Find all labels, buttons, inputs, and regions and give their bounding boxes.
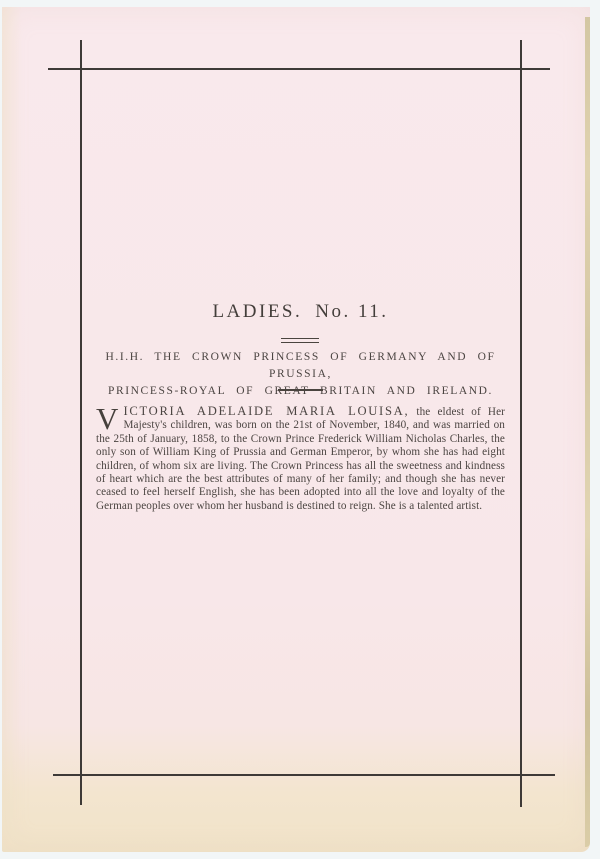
frame-line-bottom: [53, 774, 555, 776]
paper-deckle-edge: [585, 17, 590, 847]
page-title: LADIES.No. 11.: [80, 302, 521, 322]
paragraph-lead-caps: ICTORIA ADELAIDE MARIA LOUISA,: [124, 404, 410, 418]
frame-line-right: [520, 40, 522, 807]
paragraph-body-text: the eldest of Her Majesty's children, wa…: [96, 406, 505, 512]
subtitle-line-1: H.I.H. THE CROWN PRINCESS OF GERMANY AND…: [80, 349, 521, 383]
frame-line-top: [48, 68, 550, 70]
dropcap-letter: V: [96, 405, 124, 431]
frame-line-left: [80, 40, 82, 805]
subtitle: H.I.H. THE CROWN PRINCESS OF GERMANY AND…: [80, 349, 521, 400]
subtitle-divider-rule: [278, 389, 323, 391]
title-divider-double-rule: [281, 338, 319, 343]
series-number: No. 11.: [315, 301, 388, 322]
scanned-page-image: LADIES.No. 11. H.I.H. THE CROWN PRINCESS…: [0, 0, 600, 859]
subtitle-line-2: PRINCESS-ROYAL OF GREAT BRITAIN AND IREL…: [80, 383, 521, 400]
series-title: LADIES.: [212, 301, 302, 322]
body-paragraph: VICTORIA ADELAIDE MARIA LOUISA, the elde…: [96, 405, 505, 513]
